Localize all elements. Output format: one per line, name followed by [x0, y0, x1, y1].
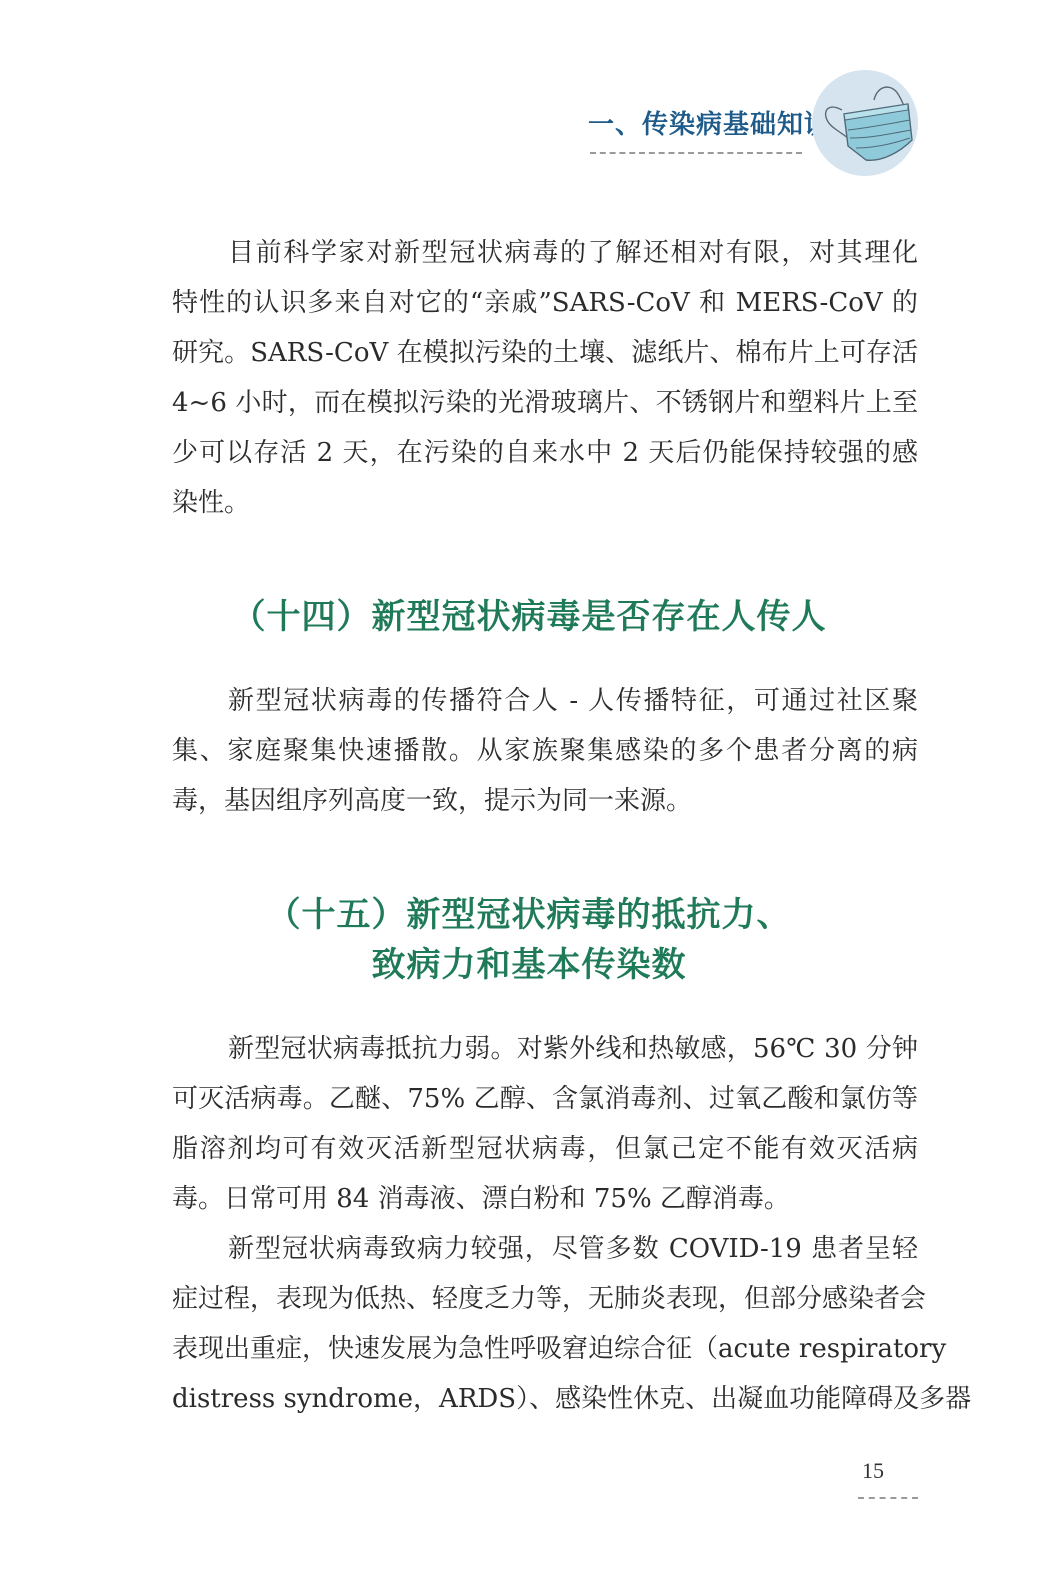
text-line: 表现出重症，快速发展为急性呼吸窘迫综合征（acute respiratory	[172, 1324, 918, 1374]
text-line: 新型冠状病毒抵抗力弱。对紫外线和热敏感，56℃ 30 分钟	[172, 1024, 918, 1074]
text-line: distress syndrome，ARDS）、感染性休克、出凝血功能障碍及多器	[172, 1374, 918, 1424]
text-line: 集、家庭聚集快速播散。从家族聚集感染的多个患者分离的病	[172, 726, 918, 776]
text-line: 毒，基因组序列高度一致，提示为同一来源。	[172, 776, 918, 826]
paragraph-human-transmission: 新型冠状病毒的传播符合人 - 人传播特征，可通过社区聚 集、家庭聚集快速播散。从…	[172, 676, 918, 826]
text-line: 脂溶剂均可有效灭活新型冠状病毒，但氯己定不能有效灭活病	[172, 1124, 918, 1174]
section-heading-15: （十五）新型冠状病毒的抵抗力、 致病力和基本传染数	[0, 890, 1058, 990]
text-line: 特性的认识多来自对它的“亲戚”SARS-CoV 和 MERS-CoV 的	[172, 278, 918, 328]
heading-line: （十四）新型冠状病毒是否存在人传人	[0, 592, 1058, 642]
text-line: 新型冠状病毒致病力较强，尽管多数 COVID-19 患者呈轻	[172, 1224, 918, 1274]
text-line: 染性。	[172, 478, 918, 528]
page-number: 15	[862, 1458, 884, 1484]
text-line: 目前科学家对新型冠状病毒的了解还相对有限，对其理化	[172, 228, 918, 278]
section-heading-14: （十四）新型冠状病毒是否存在人传人	[0, 592, 1058, 642]
text-line: 可灭活病毒。乙醚、75% 乙醇、含氯消毒剂、过氧乙酸和氯仿等	[172, 1074, 918, 1124]
page-number-divider	[858, 1497, 918, 1499]
paragraph-pathogenicity: 新型冠状病毒致病力较强，尽管多数 COVID-19 患者呈轻 症过程，表现为低热…	[172, 1224, 918, 1424]
text-line: 研究。SARS-CoV 在模拟污染的土壤、滤纸片、棉布片上可存活	[172, 328, 918, 378]
surgical-mask-icon	[812, 70, 918, 176]
heading-line: （十五）新型冠状病毒的抵抗力、	[0, 890, 1058, 940]
text-line: 症过程，表现为低热、轻度乏力等，无肺炎表现，但部分感染者会	[172, 1274, 918, 1324]
heading-line: 致病力和基本传染数	[0, 940, 1058, 990]
paragraph-sars-cov-survival: 目前科学家对新型冠状病毒的了解还相对有限，对其理化 特性的认识多来自对它的“亲戚…	[172, 228, 918, 528]
paragraph-resistance: 新型冠状病毒抵抗力弱。对紫外线和热敏感，56℃ 30 分钟 可灭活病毒。乙醚、7…	[172, 1024, 918, 1224]
chapter-title: 一、传染病基础知识	[588, 104, 831, 141]
text-line: 新型冠状病毒的传播符合人 - 人传播特征，可通过社区聚	[172, 676, 918, 726]
chapter-title-divider	[590, 152, 802, 154]
page-header: 一、传染病基础知识	[0, 0, 1058, 200]
text-line: 少可以存活 2 天，在污染的自来水中 2 天后仍能保持较强的感	[172, 428, 918, 478]
text-line: 4~6 小时，而在模拟污染的光滑玻璃片、不锈钢片和塑料片上至	[172, 378, 918, 428]
text-line: 毒。日常可用 84 消毒液、漂白粉和 75% 乙醇消毒。	[172, 1174, 918, 1224]
